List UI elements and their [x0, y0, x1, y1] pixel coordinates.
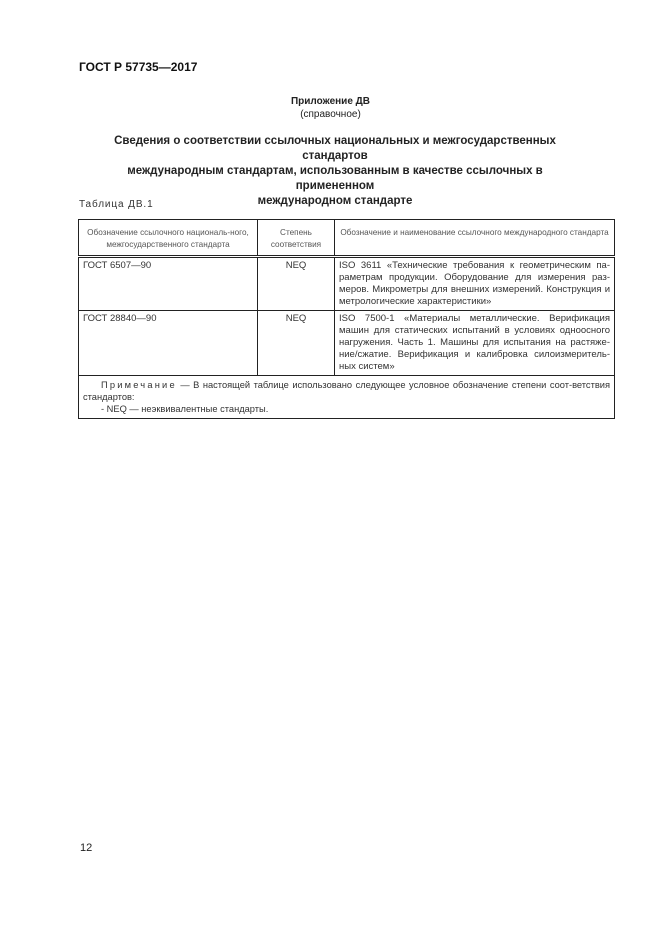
annex-subtitle: (справочное) [0, 108, 661, 121]
table-row: ГОСТ 6507—90 NEQ ISO 3611 «Технические т… [79, 257, 615, 311]
section-title-line: международном стандарте [95, 194, 575, 209]
document-code: ГОСТ Р 57735—2017 [79, 60, 197, 74]
table-note-row: Примечание — В настоящей таблице использ… [79, 376, 615, 419]
cell-national: ГОСТ 28840—90 [79, 311, 258, 376]
standards-table: Обозначение ссылочного националь-ного, м… [78, 219, 615, 419]
header-degree: Степень соответствия [258, 220, 335, 257]
table-note: Примечание — В настоящей таблице использ… [79, 376, 615, 419]
annex-heading: Приложение ДВ (справочное) [0, 95, 661, 121]
note-label: Примечание [101, 380, 177, 390]
header-national-standard: Обозначение ссылочного националь-ного, м… [79, 220, 258, 257]
section-title: Сведения о соответствии ссылочных национ… [95, 134, 575, 209]
cell-international: ISO 7500-1 «Материалы металлические. Вер… [335, 311, 615, 376]
note-item: - NEQ — неэквивалентные стандарты. [101, 404, 268, 414]
cell-national: ГОСТ 6507—90 [79, 257, 258, 311]
header-international-standard: Обозначение и наименование ссылочного ме… [335, 220, 615, 257]
cell-degree: NEQ [258, 311, 335, 376]
table-caption: Таблица ДВ.1 [79, 199, 154, 210]
table-row: ГОСТ 28840—90 NEQ ISO 7500-1 «Материалы … [79, 311, 615, 376]
annex-title: Приложение ДВ [0, 95, 661, 108]
cell-degree: NEQ [258, 257, 335, 311]
page-number: 12 [80, 842, 92, 854]
section-title-line: международным стандартам, использованным… [95, 164, 575, 194]
cell-international: ISO 3611 «Технические требования к геоме… [335, 257, 615, 311]
table-header-row: Обозначение ссылочного националь-ного, м… [79, 220, 615, 257]
section-title-line: Сведения о соответствии ссылочных национ… [95, 134, 575, 164]
